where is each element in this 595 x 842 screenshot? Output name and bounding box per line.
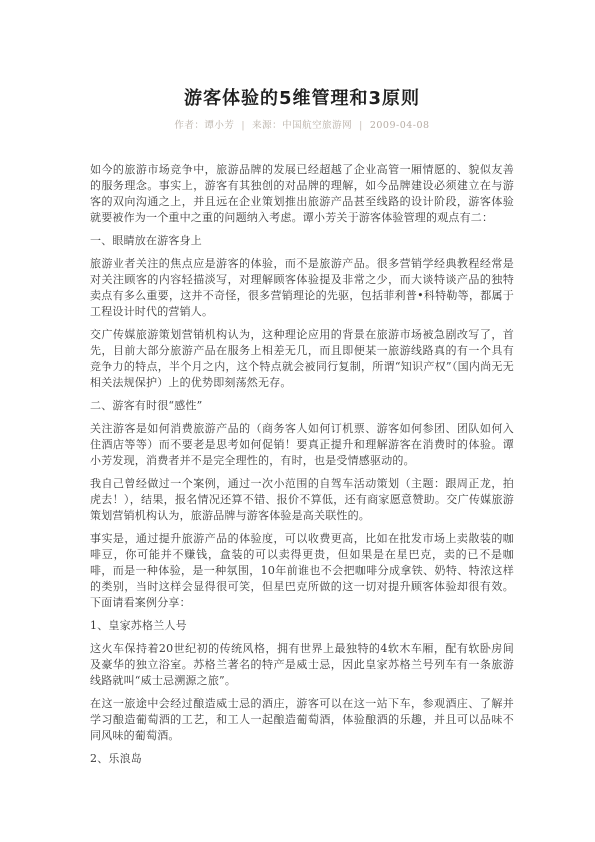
paragraph: 事实是，通过提升旅游产品的体验度，可以收费更高，比如在批发市场上卖散装的咖啡豆，… (90, 531, 514, 611)
byline-date: 2009-04-08 (370, 120, 430, 131)
section-heading: 一、眼睛放在游客身上 (90, 233, 514, 249)
article-title: 游客体验的5维管理和3原则 (90, 88, 514, 110)
paragraph: 交广传媒旅游策划营销机构认为，这种理论应用的背景在旅游市场被急剧改写了，首先，目… (90, 327, 514, 391)
paragraph: 如今的旅游市场竞争中，旅游品牌的发展已经超越了企业高管一厢情愿的、貌似友善的服务… (90, 162, 514, 226)
byline: 作者：谭小芳|来源：中国航空旅游网|2009-04-08 (90, 120, 514, 132)
byline-source: 来源：中国航空旅游网 (252, 120, 352, 131)
section-heading: 二、游客有时很“感性” (90, 398, 514, 414)
section-heading: 2、乐浪岛 (90, 751, 514, 767)
document-page: 游客体验的5维管理和3原则 作者：谭小芳|来源：中国航空旅游网|2009-04-… (0, 0, 595, 842)
paragraph: 旅游业者关注的焦点应是游客的体验，而不是旅游产品。很多营销学经典教程经常是对关注… (90, 256, 514, 320)
section-heading: 1、皇家苏格兰人号 (90, 618, 514, 634)
paragraph: 在这一旅途中会经过酿造威士忌的酒庄，游客可以在这一站下车，参观酒庄、了解并学习酿… (90, 696, 514, 744)
paragraph: 我自己曾经做过一个案例，通过一次小范围的自驾车活动策划（主题：跟周正龙，拍虎去！… (90, 476, 514, 524)
paragraph: 这火车保持着20世纪初的传统风格，拥有世界上最独特的4软木车厢，配有软卧房间及豪… (90, 641, 514, 689)
paragraph: 关注游客是如何消费旅游产品的（商务客人如何订机票、游客如何参团、团队如何入住酒店… (90, 421, 514, 469)
byline-separator: | (359, 120, 363, 131)
byline-author: 作者：谭小芳 (174, 120, 234, 131)
article: 游客体验的5维管理和3原则 作者：谭小芳|来源：中国航空旅游网|2009-04-… (90, 0, 514, 767)
byline-separator: | (241, 120, 245, 131)
